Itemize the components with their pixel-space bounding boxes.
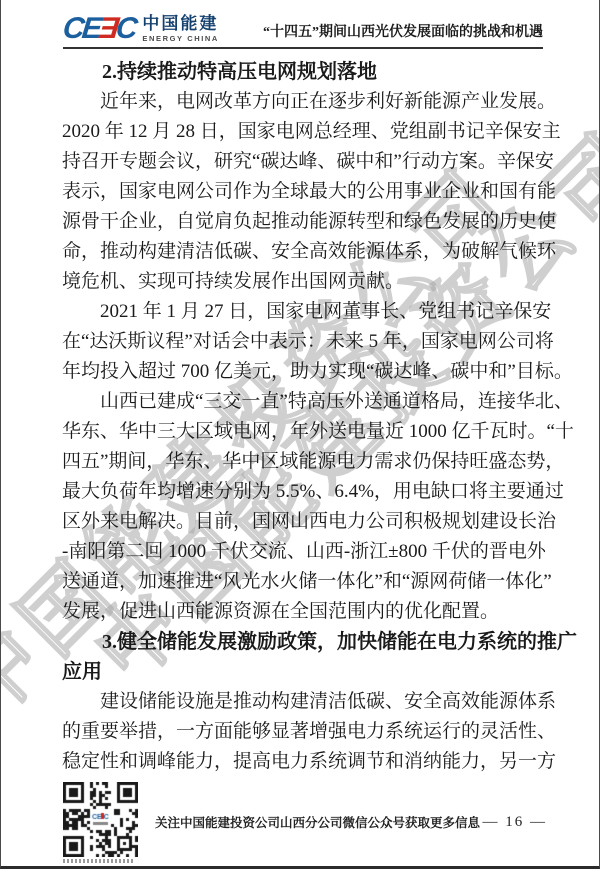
text-line: 四五”期间，华东、华中区域能源电力需求仍保持旺盛态势， xyxy=(62,447,541,477)
qr-code-image xyxy=(63,782,138,857)
text-line: 源骨干企业，自觉肩负起推动能源转型和绿色发展的历史使 xyxy=(62,207,541,237)
text-line: 在“达沃斯议程”对话会中表示：未来 5 年，国家电网公司将 xyxy=(62,327,541,357)
page-header: C E Ǝ C 中国能建 ENERGY CHINA “十四五”期间山西光伏发展面… xyxy=(63,6,543,49)
logo-letter: C xyxy=(114,15,136,43)
section-heading-2: 2.持续推动特高压电网规划落地 xyxy=(62,57,541,87)
text-line: 稳定性和调峰能力，提高电力系统调节和消纳能力，另一方 xyxy=(62,747,541,777)
text-line: 发展，促进山西能源资源在全国范围内的优化配置。 xyxy=(62,597,541,627)
text-line: 应用 xyxy=(62,657,541,687)
page-number: — 16 — xyxy=(483,814,548,831)
text-line: 境危机、实现可持续发展作出国网贡献。 xyxy=(62,267,541,297)
qr-code xyxy=(63,782,139,863)
text-line: 2020 年 12 月 28 日，国家电网总经理、党组副书记辛保安主 xyxy=(62,117,541,147)
running-head-title: “十四五”期间山西光伏发展面临的挑战和机遇 xyxy=(263,21,543,44)
ceec-logo-letters: C E Ǝ C xyxy=(63,15,134,43)
text-line: 华东、华中三大区域电网，年外送电量近 1000 亿千瓦时。“十 xyxy=(62,417,541,447)
text-line: 2.持续推动特高压电网规划落地 xyxy=(62,57,541,87)
text-line: 区外来电解决。目前，国网山西电力公司积极规划建设长治 xyxy=(62,507,541,537)
text-line: 命，推动构建清洁低碳、安全高效能源体系，为破解气候环 xyxy=(62,237,541,267)
text-line: 持召开专题会议，研究“碳达峰、碳中和”行动方案。辛保安 xyxy=(62,147,541,177)
text-line: 近年来，电网改革方向正在逐步利好新能源产业发展。 xyxy=(62,87,541,117)
text-line: 2021 年 1 月 27 日，国家电网董事长、党组书记辛保安 xyxy=(62,297,541,327)
footer-caption: 关注中国能建投资公司山西分公司微信公众号获取更多信息 xyxy=(155,813,480,831)
document-body: 2.持续推动特高压电网规划落地近年来，电网改革方向正在逐步利好新能源产业发展。2… xyxy=(62,57,541,777)
paragraph-energy-storage: 建设储能设施是推动构建清洁低碳、安全高效能源体系的重要举措，一方面能够显著增强电… xyxy=(62,687,541,777)
paragraph-grid-reform: 近年来，电网改革方向正在逐步利好新能源产业发展。2020 年 12 月 28 日… xyxy=(62,87,541,297)
text-line: 建设储能设施是推动构建清洁低碳、安全高效能源体系 xyxy=(62,687,541,717)
document-page: 中国能建投资公司 中国能建投资公司 C E Ǝ C 中国能建 ENERGY CH… xyxy=(0,0,600,869)
text-line: -南阳第二回 1000 千伏交流、山西-浙江±800 千伏的晋电外 xyxy=(62,537,541,567)
text-line: 年均投入超过 700 亿美元，助力实现“碳达峰、碳中和”目标。 xyxy=(62,357,541,387)
paragraph-shanxi-uhv: 山西已建成“三交一直”特高压外送通道格局，连接华北、华东、华中三大区域电网，年外… xyxy=(62,387,541,627)
section-heading-3: 3.健全储能发展激励政策，加快储能在电力系统的推广应用 xyxy=(62,627,541,687)
text-line: 送通道，加速推进“风光水火储一体化”和“源网荷储一体化” xyxy=(62,567,541,597)
text-line: 3.健全储能发展激励政策，加快储能在电力系统的推广 xyxy=(62,627,541,657)
qr-microtext xyxy=(63,859,135,863)
text-line: 表示，国家电网公司作为全球最大的公用事业企业和国有能 xyxy=(62,177,541,207)
paragraph-davos-investment: 2021 年 1 月 27 日，国家电网董事长、党组书记辛保安在“达沃斯议程”对… xyxy=(62,297,541,387)
ceec-logo: C E Ǝ C 中国能建 ENERGY CHINA xyxy=(63,15,219,45)
logo-company-name-cjk: 中国能建 xyxy=(142,15,219,32)
text-line: 山西已建成“三交一直”特高压外送通道格局，连接华北、 xyxy=(62,387,541,417)
logo-company-name-latin: ENERGY CHINA xyxy=(142,35,219,43)
page-footer: 关注中国能建投资公司山西分公司微信公众号获取更多信息 — 16 — xyxy=(63,783,547,861)
logo-wordmark: 中国能建 ENERGY CHINA xyxy=(142,15,219,45)
text-line: 的重要举措，一方面能够显著增强电力系统运行的灵活性、 xyxy=(62,717,541,747)
text-line: 最大负荷年均增速分别为 5.5%、6.4%，用电缺口将主要通过 xyxy=(62,477,541,507)
